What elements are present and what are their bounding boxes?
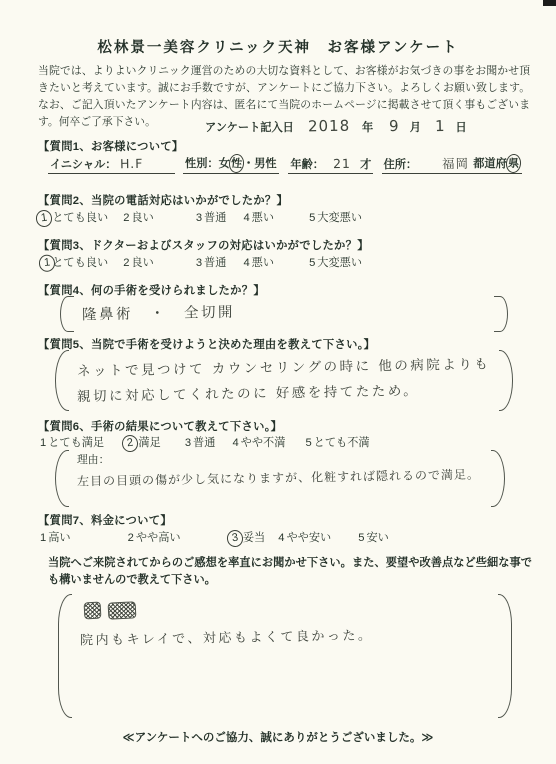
q6-reason-box: 理由： 左目の目頭の傷が少し気になりますが、化粧すれば隠れるので満足。 (55, 450, 505, 507)
q2-option-2: 2良い (123, 209, 154, 225)
prefecture-field: 都道府県 (471, 155, 522, 174)
q3-option-2-label: 良い (131, 257, 153, 269)
q7-option-3: 3妥当 (231, 529, 266, 545)
survey-scan-page: 松林景一美容クリニック天神 お客様アンケート 当院では、よりよいクリニック運営の… (0, 0, 556, 764)
q6-option-3-label: 普通 (193, 437, 215, 449)
q3-option-4-label: 悪い (252, 257, 274, 269)
prefecture-circled-choice: 県 (505, 153, 522, 173)
q3-option-3: 3普通 (196, 254, 227, 270)
gender-label-suffix: ・男性 (243, 158, 277, 170)
q6-option-5-label: とても不満 (314, 437, 370, 449)
gender-label-prefix: 性別：女 (185, 158, 230, 170)
q3-heading: 【質問3、ドクターおよびスタッフの対応はいかがでしたか？】 (38, 237, 369, 253)
bracket-right (494, 296, 508, 332)
q7-option-3-label: 妥当 (243, 532, 265, 544)
date-label: アンケート記入日 (205, 119, 294, 135)
q2-option-4: 4悪い (243, 209, 274, 225)
q2-option-4-label: 悪い (252, 212, 274, 224)
q3-option-5: 5大変悪い (309, 254, 362, 270)
address-field: 住所： 福岡 (382, 154, 472, 174)
page-title: 松林景一美容クリニック天神 お客様アンケート (0, 36, 556, 57)
date-day-unit: 日 (456, 119, 467, 135)
bracket-right (498, 594, 512, 718)
q3-options-row: 1とても良い 2良い 3普通 4悪い 5大変悪い (40, 254, 362, 270)
footer-thanks: ≪アンケートへのご協力、誠にありがとうございました。≫ (0, 729, 556, 745)
prefecture-label: 都道府 (473, 158, 507, 170)
age-label: 年齢： (290, 159, 324, 171)
feedback-comment-box: 院内もキレイで、対応もよくて良かった。 (58, 594, 512, 718)
age-unit: 才 (360, 159, 371, 171)
feedback-prompt: 当院へご来院されてからのご感想を率直にお聞かせ下さい。また、要望や改善点など些細… (48, 555, 532, 589)
q6-option-5: 5とても不満 (305, 434, 369, 450)
date-year-unit: 年 (362, 119, 373, 135)
q7-option-5: 5安い (358, 529, 389, 545)
initial-label: イニシャル： (50, 159, 116, 171)
gender-circled-choice: 性 (228, 153, 245, 173)
q3-option-2: 2良い (123, 254, 154, 270)
q6-reason-handwritten: 左目の目頭の傷が少し気になりますが、化粧すれば隠れるので満足。 (77, 465, 480, 490)
q2-option-3: 3普通 (196, 209, 227, 225)
q2-option-1: 1とても良い (40, 209, 108, 225)
q2-option-3-label: 普通 (204, 212, 226, 224)
scan-artifact (543, 0, 556, 6)
q7-option-2-label: やや高い (136, 532, 181, 544)
q5-answer-line2-handwritten: 親切に対応してくれたのに 好感を持てたため。 (77, 378, 420, 410)
q6-option-1-label: とても満足 (48, 437, 104, 449)
date-month-handwritten: 9 (389, 117, 400, 135)
address-label: 住所： (384, 159, 418, 171)
q2-heading: 【質問2、当院の電話対応はいかがでしたか？】 (38, 192, 288, 208)
q6-reason-label: 理由： (77, 452, 483, 467)
q1-fields-row: イニシャル： H.F 性別：女性・男性 年齢： 21 才 住所： 福岡 都道府県 (48, 154, 522, 174)
q6-option-2-label: 満足 (138, 437, 160, 449)
q7-selected-circle: 3 (226, 529, 244, 548)
bracket-left (55, 450, 69, 507)
q7-option-5-label: 安い (366, 532, 388, 544)
q7-option-2: 2やや高い (128, 529, 181, 545)
q3-option-1: 1とても良い (40, 254, 108, 270)
bracket-left (58, 594, 72, 718)
q2-option-5-label: 大変悪い (317, 212, 362, 224)
q2-option-2-label: 良い (131, 212, 153, 224)
q7-option-1-label: 高い (48, 532, 70, 544)
q3-option-1-label: とても良い (52, 257, 108, 269)
age-field: 年齢： 21 才 (288, 156, 373, 174)
q7-option-1: 1高い (40, 529, 71, 545)
q7-option-4-label: やや安い (286, 532, 331, 544)
bracket-right (491, 450, 505, 507)
q7-options-row: 1高い 2やや高い 3妥当 4やや安い 5安い (40, 529, 389, 545)
q3-option-3-label: 普通 (204, 257, 226, 269)
gender-field: 性別：女性・男性 (183, 155, 279, 174)
q6-option-4: 4やや不満 (232, 434, 285, 450)
q7-heading: 【質問7、料金について】 (38, 512, 172, 528)
address-value-handwritten: 福岡 (442, 154, 469, 172)
survey-date-line: アンケート記入日 2018 年 9 月 1 日 (205, 117, 467, 135)
q6-option-1: 1とても満足 (40, 434, 104, 450)
q1-heading: 【質問1、お客様について】 (38, 138, 184, 154)
q2-option-5: 5大変悪い (309, 209, 362, 225)
q6-options-row: 1とても満足 2満足 3普通 4やや不満 5とても不満 (40, 434, 370, 450)
q5-answer-box: ネットで見つけて カウンセリングの時に 他の病院よりも 親切に対応してくれたのに… (55, 350, 513, 411)
q4-answer-handwritten: 隆鼻術 ・ 全切開 (82, 300, 235, 329)
bracket-right (499, 350, 513, 411)
q6-option-2: 2満足 (126, 434, 161, 450)
q2-options-row: 1とても良い 2良い 3普通 4悪い 5大変悪い (40, 209, 362, 225)
bracket-left (60, 296, 74, 332)
bracket-left (55, 350, 69, 411)
scribbled-out-text (84, 602, 490, 620)
q4-answer-box: 隆鼻術 ・ 全切開 (60, 296, 508, 332)
q6-heading: 【質問6、手術の結果について教えて下さい。】 (38, 418, 282, 434)
q6-option-3: 3普通 (185, 434, 216, 450)
feedback-comment-handwritten: 院内もキレイで、対応もよくて良かった。 (80, 623, 374, 654)
q3-option-5-label: 大変悪い (317, 257, 362, 269)
initial-value-handwritten: H.F (119, 156, 143, 171)
age-value-handwritten: 21 (333, 156, 351, 171)
date-year-handwritten: 2018 (308, 117, 350, 136)
q3-option-4: 4悪い (243, 254, 274, 270)
q2-option-1-label: とても良い (52, 212, 108, 224)
q6-option-4-label: やや不満 (241, 437, 286, 449)
q7-option-4: 4やや安い (278, 529, 331, 545)
date-month-unit: 月 (410, 119, 421, 135)
initial-field: イニシャル： H.F (48, 156, 175, 174)
date-day-handwritten: 1 (435, 117, 446, 135)
q2-selected-circle: 1 (35, 209, 53, 228)
